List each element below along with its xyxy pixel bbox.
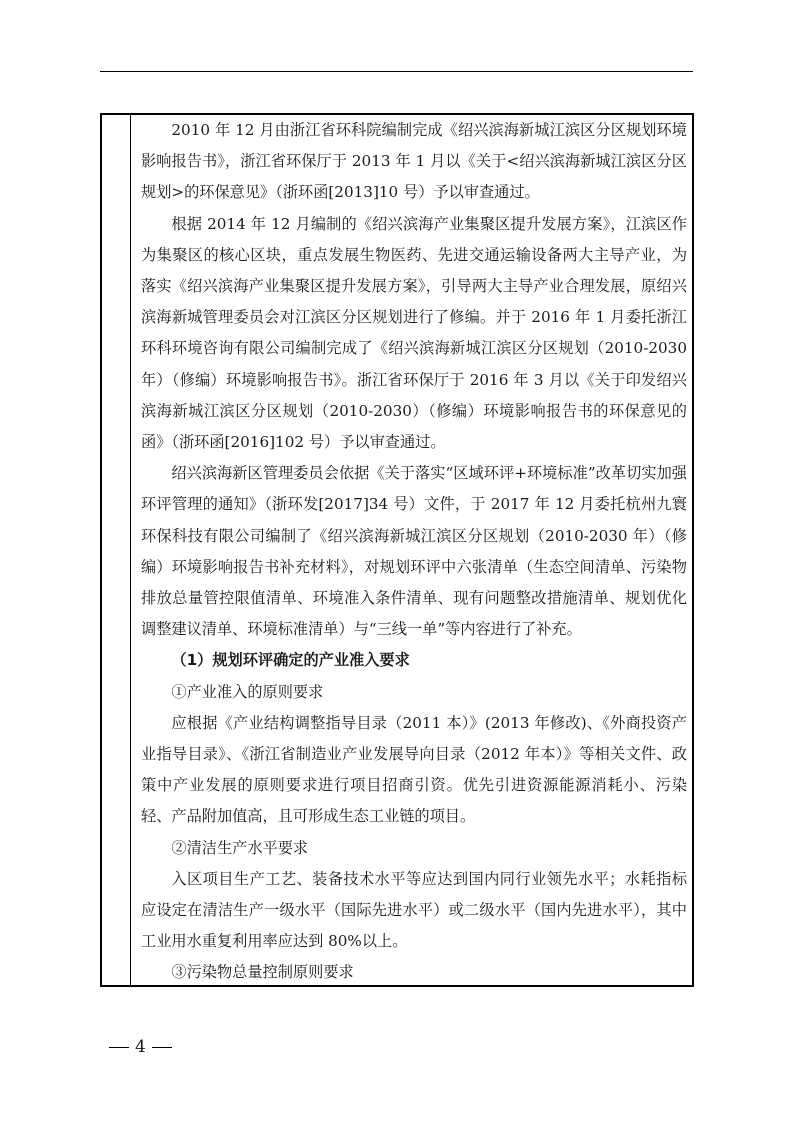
header-rule xyxy=(100,71,693,72)
footer-dash-right xyxy=(152,1047,172,1048)
paragraph-clean-production: 入区项目生产工艺、装备技术水平等应达到国内同行业领先水平；水耗指标应设定在清洁生… xyxy=(141,864,687,958)
table-left-column xyxy=(102,115,131,985)
footer-dash-left xyxy=(109,1047,129,1048)
content-table: 2010 年 12 月由浙江省环科院编制完成《绍兴滨海新城江滨区分区规划环境影响… xyxy=(100,113,694,987)
page-number: 4 xyxy=(135,1037,146,1057)
paragraph-2017-supplement: 绍兴滨海新区管理委员会依据《关于落实“区域环评+环境标准”改革切实加强环评管理的… xyxy=(141,458,687,645)
subheading-clean-production: ②清洁生产水平要求 xyxy=(141,833,687,864)
subheading-principle-requirements: ①产业准入的原则要求 xyxy=(141,677,687,708)
page-footer: 4 xyxy=(103,1037,178,1057)
paragraph-principle-requirements: 应根据《产业结构调整指导目录（2011 本）》(2013 年修改)、《外商投资产… xyxy=(141,708,687,833)
subheading-pollutant-control: ③污染物总量控制原则要求 xyxy=(141,957,687,988)
paragraph-2014-plan: 根据 2014 年 12 月编制的《绍兴滨海产业集聚区提升发展方案》，江滨区作为… xyxy=(141,209,687,459)
paragraph-2010-report: 2010 年 12 月由浙江省环科院编制完成《绍兴滨海新城江滨区分区规划环境影响… xyxy=(141,115,687,209)
table-content-cell: 2010 年 12 月由浙江省环科院编制完成《绍兴滨海新城江滨区分区规划环境影响… xyxy=(141,115,687,989)
section-heading-industry-access: （1）规划环评确定的产业准入要求 xyxy=(141,645,687,676)
